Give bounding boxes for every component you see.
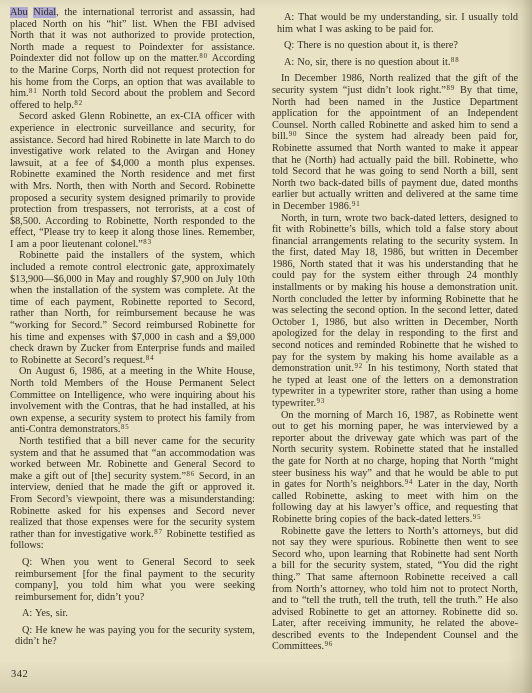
footnote-ref: 86 <box>186 471 195 478</box>
right-column: A: That would be my understanding, sir. … <box>272 7 518 653</box>
footnote-ref: 80 <box>199 53 208 60</box>
qa-paragraph: A: No, sir, there is no question about i… <box>277 57 518 69</box>
footnote-ref: 85 <box>120 424 129 431</box>
footnote-ref: 90 <box>288 131 297 138</box>
qa-paragraph: Q: When you went to General Secord to se… <box>15 557 255 603</box>
footnote-ref: 83 <box>143 239 152 246</box>
search-highlight: Abu <box>10 7 28 18</box>
footnote-ref: 89 <box>446 85 455 92</box>
footnote-ref: 95 <box>472 514 481 521</box>
body-paragraph: North testified that a bill never came f… <box>10 436 255 552</box>
body-paragraph: Abu Nidal, the international terrorist a… <box>10 7 255 111</box>
footnote-ref: 88 <box>450 57 459 64</box>
qa-paragraph: Q: He knew he was paying you for the sec… <box>15 625 255 648</box>
footnote-ref: 81 <box>29 88 38 95</box>
body-paragraph: In December 1986, North realized that th… <box>272 73 518 212</box>
text-columns: Abu Nidal, the international terrorist a… <box>10 7 518 653</box>
body-paragraph: On the morning of March 16, 1987, as Rob… <box>272 410 518 526</box>
body-paragraph: Robinette gave the letters to North’s at… <box>272 526 518 654</box>
footnote-ref: 94 <box>404 479 413 486</box>
footnote-ref: 91 <box>351 201 360 208</box>
footnote-ref: 93 <box>316 398 325 405</box>
body-paragraph: Secord asked Glenn Robinette, an ex-CIA … <box>10 111 255 250</box>
body-paragraph: Robinette paid the installers of the sys… <box>10 250 255 366</box>
footnote-ref: 84 <box>145 355 154 362</box>
body-paragraph: On August 6, 1986, at a meeting in the W… <box>10 366 255 436</box>
body-paragraph: North, in turn, wrote two back-dated let… <box>272 213 518 410</box>
footnote-ref: 92 <box>354 363 363 370</box>
qa-paragraph: Q: There is no question about it, is the… <box>277 40 518 52</box>
footnote-ref: 87 <box>154 529 163 536</box>
qa-paragraph: A: That would be my understanding, sir. … <box>277 12 518 35</box>
document-page: Abu Nidal, the international terrorist a… <box>0 0 532 693</box>
footnote-ref: 96 <box>324 641 333 648</box>
footnote-ref: 82 <box>74 100 83 107</box>
page-number: 342 <box>11 669 28 680</box>
search-highlight: Nidal <box>33 7 56 18</box>
qa-paragraph: A: Yes, sir. <box>15 608 255 620</box>
left-column: Abu Nidal, the international terrorist a… <box>10 7 255 653</box>
